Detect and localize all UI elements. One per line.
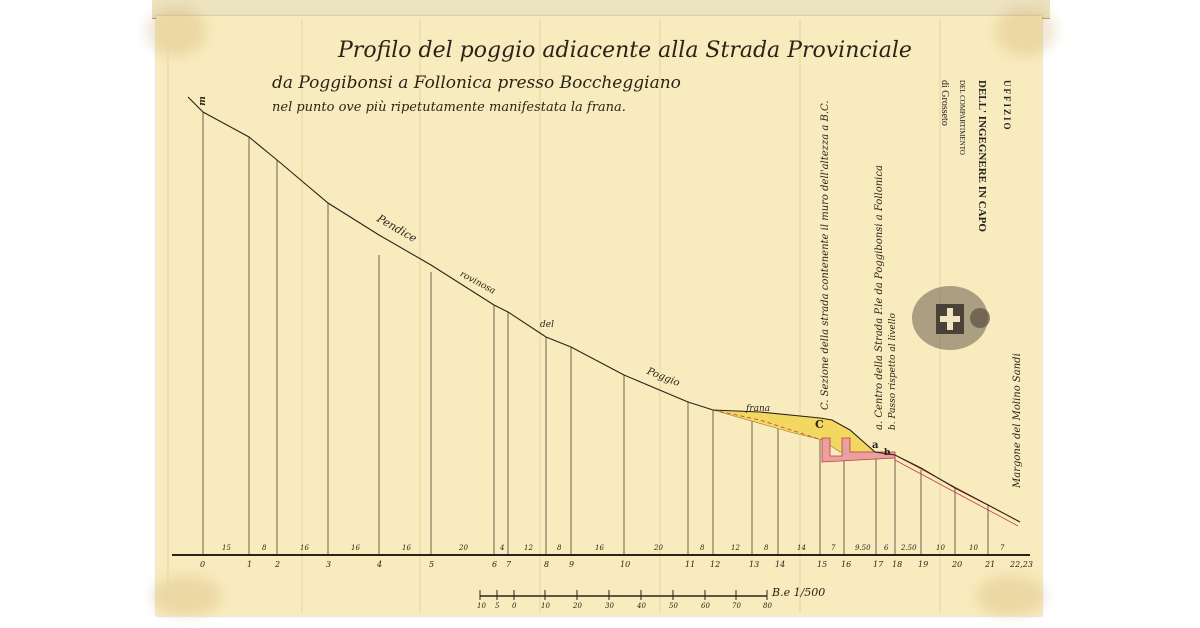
title-line-1: Profilo del poggio adiacente alla Strada…: [338, 38, 912, 63]
legend-b: b. Passo rispetto al livello: [888, 313, 898, 430]
right-label: Margone del Molino Sandi: [1012, 353, 1023, 488]
profile-drawing: [0, 0, 1200, 628]
label-frana: frana: [746, 404, 770, 414]
coat-of-arms-icon: [912, 286, 990, 350]
label-m: m: [198, 96, 208, 106]
office-header-line2: DELL' INGEGNERE IN CAPO: [976, 80, 988, 232]
section-numbers: 0 1 2 3 4 5 6 7 8 9 10 11 12 13 14 15 16…: [0, 560, 1200, 574]
office-header-line1: UFFIZIO: [1002, 80, 1012, 132]
scale-labels: 10 5 0 10 20 30 40 50 60 70 80: [0, 602, 1200, 614]
label-c: C: [815, 418, 824, 431]
office-header-line4: di Grosseto: [939, 80, 950, 126]
partial-distances: 15 8 16 16 16 20 4 12 8 16 20 8 12 8 14 …: [0, 544, 1200, 556]
label-del: del: [540, 320, 554, 330]
legend-a: a. Centro della Strada P.le da Poggibons…: [874, 165, 885, 430]
ordinate-lines: [203, 112, 988, 555]
title-line-2: da Poggibonsi a Follonica presso Boccheg…: [272, 73, 681, 93]
label-a: a: [872, 440, 878, 451]
title-line-3: nel punto ove più ripetutamente manifest…: [272, 100, 626, 115]
scale-title: B.e 1/500: [772, 586, 825, 599]
scale-bar: [480, 590, 767, 600]
legend-c: C. Sezione della strada contenente il mu…: [820, 100, 831, 410]
office-header-line3: DEL COMPARTIMENTO: [958, 80, 966, 155]
label-b: b: [884, 448, 890, 458]
